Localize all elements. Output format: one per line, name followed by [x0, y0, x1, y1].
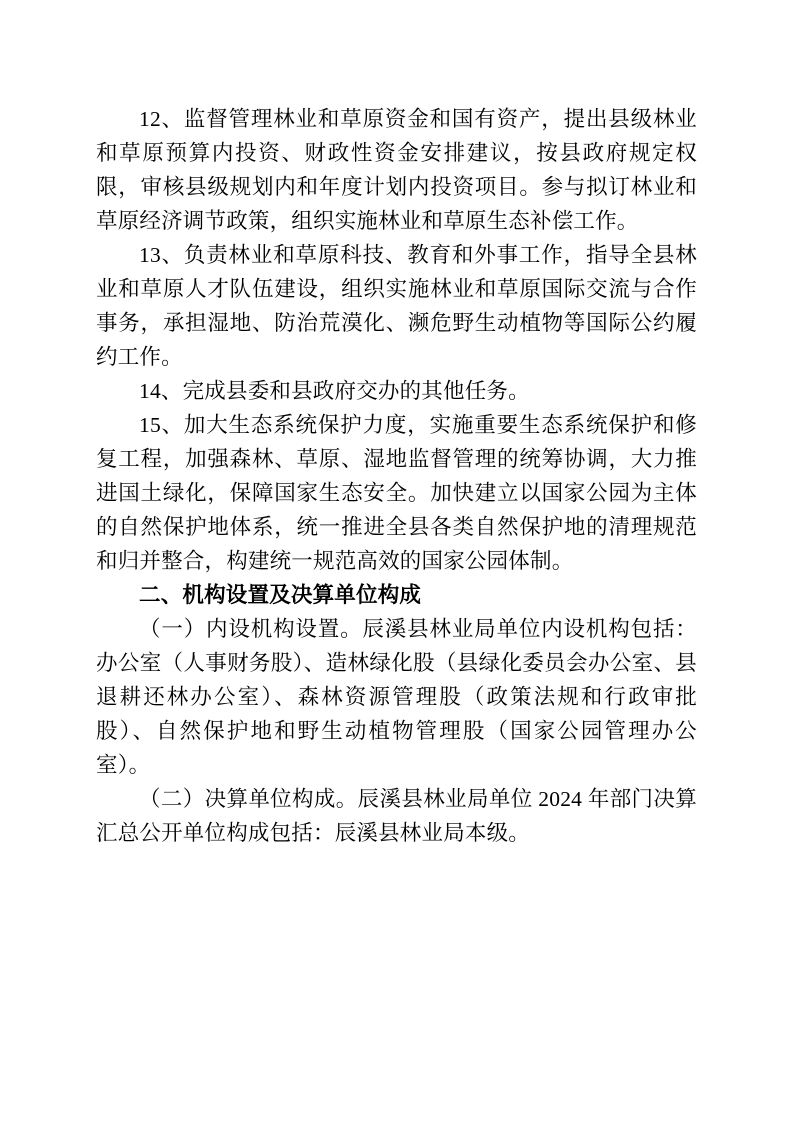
paragraph-accounting-units: （二）决算单位构成。辰溪县林业局单位 2024 年部门决算汇总公开单位构成包括：… — [96, 782, 697, 850]
section-heading-org-setup: 二、机构设置及决算单位构成 — [96, 578, 697, 612]
paragraph-item-12: 12、监督管理林业和草原资金和国有资产，提出县级林业和草原预算内投资、财政性资金… — [96, 102, 697, 238]
paragraph-item-13: 13、负责林业和草原科技、教育和外事工作，指导全县林业和草原人才队伍建设，组织实… — [96, 238, 697, 374]
document-body: 12、监督管理林业和草原资金和国有资产，提出县级林业和草原预算内投资、财政性资金… — [96, 102, 697, 850]
paragraph-item-14: 14、完成县委和县政府交办的其他任务。 — [96, 374, 697, 408]
document-page: 12、监督管理林业和草原资金和国有资产，提出县级林业和草原预算内投资、财政性资金… — [0, 0, 793, 1122]
paragraph-internal-org: （一）内设机构设置。辰溪县林业局单位内设机构包括：办公室（人事财务股）、造林绿化… — [96, 612, 697, 782]
paragraph-item-15: 15、加大生态系统保护力度，实施重要生态系统保护和修复工程，加强森林、草原、湿地… — [96, 408, 697, 578]
